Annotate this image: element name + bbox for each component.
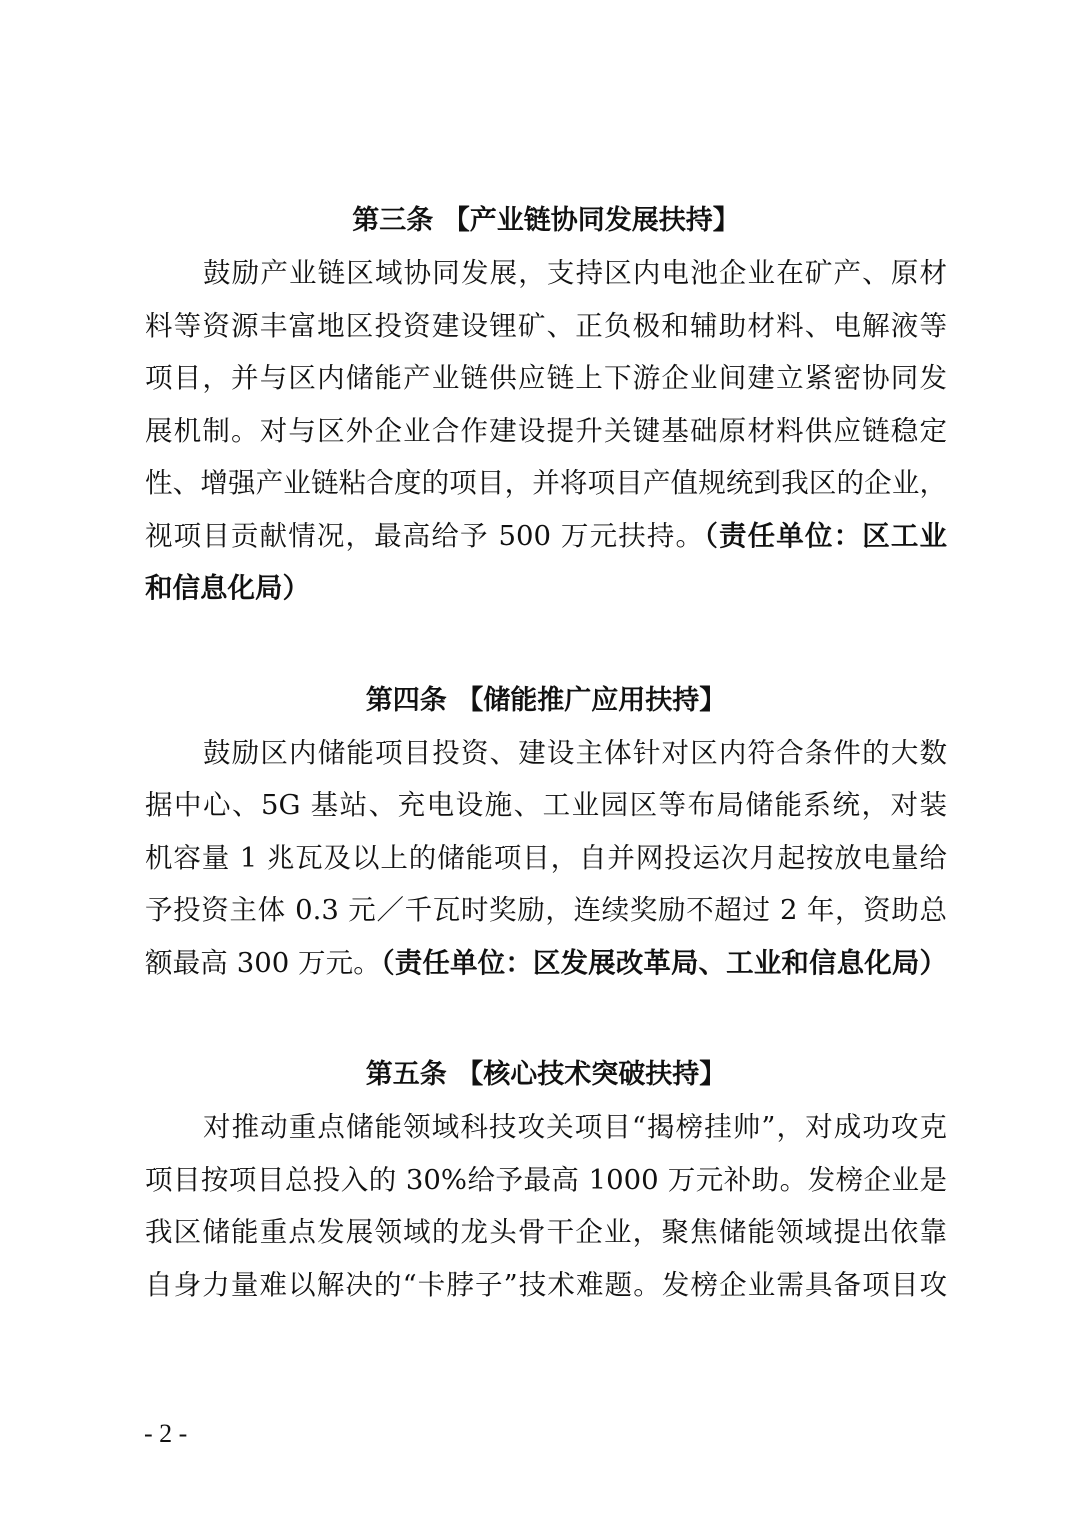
article-3-title: 第三条 【产业链协同发展扶持】 xyxy=(145,195,947,247)
paragraph-line: 视项目贡献情况，最高给予 500 万元扶持。（责任单位：区工业 xyxy=(145,510,947,563)
funding-text: 视项目贡献情况，最高给予 500 万元扶持。 xyxy=(145,520,704,552)
article-4-body: 鼓励区内储能项目投资、建设主体针对区内符合条件的大数 据中心、5G 基站、充电设… xyxy=(145,727,947,990)
article-3-body: 鼓励产业链区域协同发展，支持区内电池企业在矿产、原材 料等资源丰富地区投资建设锂… xyxy=(145,247,947,615)
paragraph-line: 和信息化局） xyxy=(145,562,947,615)
article-5: 第五条 【核心技术突破扶持】 对推动重点储能领域科技攻关项目“揭榜挂帅”，对成功… xyxy=(145,1049,947,1311)
document-page: 第三条 【产业链协同发展扶持】 鼓励产业链区域协同发展，支持区内电池企业在矿产、… xyxy=(145,195,947,1311)
responsible-unit: （责任单位：区发展改革局、工业和信息化局） xyxy=(381,947,947,979)
section-gap xyxy=(145,989,947,1049)
paragraph-line: 我区储能重点发展领域的龙头骨干企业，聚焦储能领域提出依靠 xyxy=(145,1206,947,1259)
responsible-unit-cont: 和信息化局） xyxy=(145,572,310,604)
paragraph-line: 予投资主体 0.3 元／千瓦时奖励，连续奖励不超过 2 年，资助总 xyxy=(145,884,947,937)
funding-text: 额最高 300 万元。 xyxy=(145,947,381,979)
paragraph-line: 据中心、5G 基站、充电设施、工业园区等布局储能系统，对装 xyxy=(145,779,947,832)
paragraph-line: 鼓励产业链区域协同发展，支持区内电池企业在矿产、原材 xyxy=(145,247,947,300)
article-4: 第四条 【储能推广应用扶持】 鼓励区内储能项目投资、建设主体针对区内符合条件的大… xyxy=(145,675,947,990)
paragraph-line: 展机制。对与区外企业合作建设提升关键基础原材料供应链稳定 xyxy=(145,405,947,458)
paragraph-line: 项目按项目总投入的 30%给予最高 1000 万元补助。发榜企业是 xyxy=(145,1154,947,1207)
article-5-title: 第五条 【核心技术突破扶持】 xyxy=(145,1049,947,1101)
paragraph-line: 自身力量难以解决的“卡脖子”技术难题。发榜企业需具备项目攻 xyxy=(145,1259,947,1312)
paragraph-line: 对推动重点储能领域科技攻关项目“揭榜挂帅”，对成功攻克 xyxy=(145,1101,947,1154)
article-5-body: 对推动重点储能领域科技攻关项目“揭榜挂帅”，对成功攻克 项目按项目总投入的 30… xyxy=(145,1101,947,1311)
article-4-title: 第四条 【储能推广应用扶持】 xyxy=(145,675,947,727)
paragraph-line: 性、增强产业链粘合度的项目，并将项目产值规统到我区的企业， xyxy=(145,457,947,510)
section-gap xyxy=(145,615,947,675)
article-3: 第三条 【产业链协同发展扶持】 鼓励产业链区域协同发展，支持区内电池企业在矿产、… xyxy=(145,195,947,615)
paragraph-line: 料等资源丰富地区投资建设锂矿、正负极和辅助材料、电解液等 xyxy=(145,300,947,353)
page-number: - 2 - xyxy=(144,1418,187,1450)
responsible-unit: （责任单位：区工业 xyxy=(704,520,947,552)
paragraph-line: 项目，并与区内储能产业链供应链上下游企业间建立紧密协同发 xyxy=(145,352,947,405)
paragraph-line: 机容量 1 兆瓦及以上的储能项目，自并网投运次月起按放电量给 xyxy=(145,832,947,885)
paragraph-line: 额最高 300 万元。（责任单位：区发展改革局、工业和信息化局） xyxy=(145,937,947,990)
paragraph-line: 鼓励区内储能项目投资、建设主体针对区内符合条件的大数 xyxy=(145,727,947,780)
